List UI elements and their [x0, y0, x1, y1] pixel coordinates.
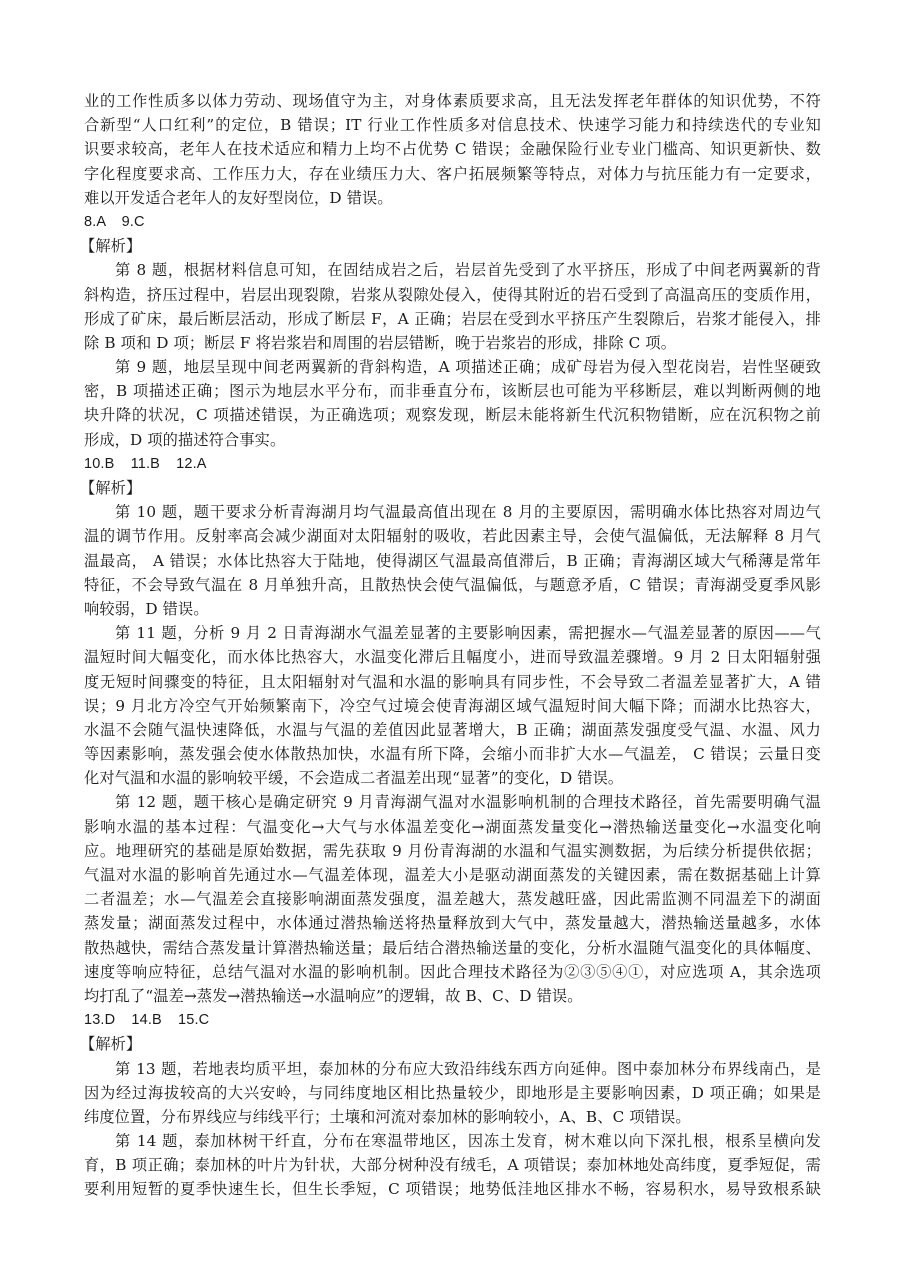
text-line: 水温不会随气温快速降低，水温与气温的差值因此显著增大，B 正确；湖面蒸发强度受气…	[84, 718, 821, 742]
text-line: 影响水温的基本过程：气温变化→大气与水体温差变化→湖面蒸发量变化→潜热输送量变化…	[84, 815, 821, 839]
text-line: 密，B 项描述正确；图示为地层水平分布，而非垂直分布，该断层也可能为平移断层，难…	[84, 379, 821, 403]
text-line: 温最高， A 错误；水体比热容大于陆地，使得湖区气温最高值滞后，B 正确；青海湖…	[84, 549, 821, 573]
paragraph-q13: 第 13 题，若地表均质平坦，泰加林的分布应大致沿纬线东西方向延伸。图中泰加林分…	[84, 1057, 821, 1130]
text-line: 化对气温和水温的影响较平缓，不会造成二者温差出现“显著”的变化，D 错误。	[84, 766, 821, 790]
text-line: 第 9 题，地层呈现中间老两翼新的背斜构造，A 项描述正确；成矿母岩为侵入型花岗…	[84, 355, 821, 379]
paragraph-continuation: 业的工作性质多以体力劳动、现场值守为主，对身体素质要求高，且无法发挥老年群体的知…	[84, 89, 821, 210]
text-line: 温短时间大幅变化，而水体比热容大，水温变化滞后且幅度小，进而导致温差骤增。9 月…	[84, 645, 821, 669]
text-line: 要利用短暂的夏季快速生长，但生长季短，C 项错误；地势低洼地区排水不畅，容易积水…	[84, 1177, 821, 1201]
paragraph-q11: 第 11 题，分析 9 月 2 日青海湖水气温差显著的主要影响因素，需把握水—气…	[84, 621, 821, 790]
text-line: 第 13 题，若地表均质平坦，泰加林的分布应大致沿纬线东西方向延伸。图中泰加林分…	[84, 1057, 821, 1081]
text-line: 除 B 项和 D 项；断层 F 将岩浆岩和周围的岩层错断，晚于岩浆岩的形成，排除…	[84, 331, 821, 355]
text-line: 块升降的状况，C 项描述错误，为正确选项；观察发现，断层未能将新生代沉积物错断，…	[84, 403, 821, 427]
text-line: 速度等响应特征，总结气温对水温的影响机制。因此合理技术路径为②③⑤④①，对应选项…	[84, 960, 821, 984]
answer-key-13-15: 13.D 14.B 15.C	[84, 1008, 821, 1032]
text-line: 等因素影响，蒸发强会使水体散热加快，水温有所下降，会缩小而非扩大水—气温差， C…	[84, 742, 821, 766]
text-line: 识要求较高，老年人在技术适应和精力上均不占优势 C 错误；金融保险行业专业门槛高…	[84, 137, 821, 161]
answer-key-8-9: 8.A 9.C	[84, 210, 821, 234]
text-line: 育，B 项正确；泰加林的叶片为针状，大部分树种没有绒毛，A 项错误；泰加林地处高…	[84, 1153, 821, 1177]
text-line: 散热越快，需结合蒸发量计算潜热输送量；最后结合潜热输送量的变化，分析水温随气温变…	[84, 936, 821, 960]
text-line: 因为经过海拔较高的大兴安岭，与同纬度地区相比热量较少，即地形是主要影响因素，D …	[84, 1081, 821, 1105]
paragraph-q14: 第 14 题，泰加林树干纤直，分布在寒温带地区，因冻土发育，树木难以向下深扎根，…	[84, 1129, 821, 1202]
paragraph-q8: 第 8 题，根据材料信息可知，在固结成岩之后，岩层首先受到了水平挤压，形成了中间…	[84, 258, 821, 355]
text-line: 应。地理研究的基础是原始数据，需先获取 9 月份青海湖的水温和气温实测数据，为后…	[84, 839, 821, 863]
text-line: 蒸发量；湖面蒸发过程中，水体通过潜热输送将热量释放到大气中，蒸发量越大，潜热输送…	[84, 911, 821, 935]
text-line: 二者温差；水—气温差会直接影响湖面蒸发强度，温差越大，蒸发越旺盛，因此需监测不同…	[84, 887, 821, 911]
text-line: 第 14 题，泰加林树干纤直，分布在寒温带地区，因冻土发育，树木难以向下深扎根，…	[84, 1129, 821, 1153]
text-line: 斜构造，挤压过程中，岩层出现裂隙，岩浆从裂隙处侵入，使得其附近的岩石受到了高温高…	[84, 283, 821, 307]
document-page: 业的工作性质多以体力劳动、现场值守为主，对身体素质要求高，且无法发挥老年群体的知…	[84, 89, 821, 1202]
text-line: 均打乱了“温差→蒸发→潜热输送→水温响应”的逻辑，故 B、C、D 错误。	[84, 984, 821, 1008]
text-line: 第 8 题，根据材料信息可知，在固结成岩之后，岩层首先受到了水平挤压，形成了中间…	[84, 258, 821, 282]
text-line: 温的调节作用。反射率高会减少湖面对太阳辐射的吸收，若此因素主导，会使气温偏低，无…	[84, 524, 821, 548]
text-line: 难以开发适合老年人的友好型岗位，D 错误。	[84, 186, 821, 210]
text-line: 纬度位置，分布界线应与纬线平行；土壤和河流对泰加林的影响较小，A、B、C 项错误…	[84, 1105, 821, 1129]
text-line: 第 12 题，题干核心是确定研究 9 月青海湖气温对水温影响机制的合理技术路径，…	[84, 790, 821, 814]
analysis-heading: 【解析】	[80, 476, 821, 500]
analysis-heading: 【解析】	[80, 234, 821, 258]
paragraph-q12: 第 12 题，题干核心是确定研究 9 月青海湖气温对水温影响机制的合理技术路径，…	[84, 790, 821, 1008]
paragraph-q10: 第 10 题，题干要求分析青海湖月均气温最高值出现在 8 月的主要原因，需明确水…	[84, 500, 821, 621]
text-line: 气温对水温的影响首先通过水—气温差体现，温差大小是驱动湖面蒸发的关键因素，需在数…	[84, 863, 821, 887]
text-line: 第 10 题，题干要求分析青海湖月均气温最高值出现在 8 月的主要原因，需明确水…	[84, 500, 821, 524]
text-line: 形成了矿床，最后断层活动，形成了断层 F，A 正确；岩层在受到水平挤压产生裂隙后…	[84, 307, 821, 331]
text-line: 特征，不会导致气温在 8 月单独升高，且散热快会使气温偏低，与题意矛盾，C 错误…	[84, 573, 821, 597]
text-line: 误；9 月北方冷空气开始频繁南下，冷空气过境会使青海湖区域气温短时间大幅下降；而…	[84, 694, 821, 718]
text-line: 第 11 题，分析 9 月 2 日青海湖水气温差显著的主要影响因素，需把握水—气…	[84, 621, 821, 645]
paragraph-q9: 第 9 题，地层呈现中间老两翼新的背斜构造，A 项描述正确；成矿母岩为侵入型花岗…	[84, 355, 821, 452]
answer-key-10-12: 10.B 11.B 12.A	[84, 452, 821, 476]
text-line: 度无短时间骤变的特征，且太阳辐射对气温和水温的影响具有同步性，不会导致二者温差显…	[84, 670, 821, 694]
text-line: 字化程度要求高、工作压力大，存在业绩压力大、客户拓展频繁等特点，对体力与抗压能力…	[84, 162, 821, 186]
text-line: 合新型“人口红利”的定位，B 错误；IT 行业工作性质多对信息技术、快速学习能力…	[84, 113, 821, 137]
analysis-heading: 【解析】	[80, 1032, 821, 1056]
text-line: 形成，D 项的描述符合事实。	[84, 428, 821, 452]
text-line: 业的工作性质多以体力劳动、现场值守为主，对身体素质要求高，且无法发挥老年群体的知…	[84, 89, 821, 113]
text-line: 响较弱，D 错误。	[84, 597, 821, 621]
